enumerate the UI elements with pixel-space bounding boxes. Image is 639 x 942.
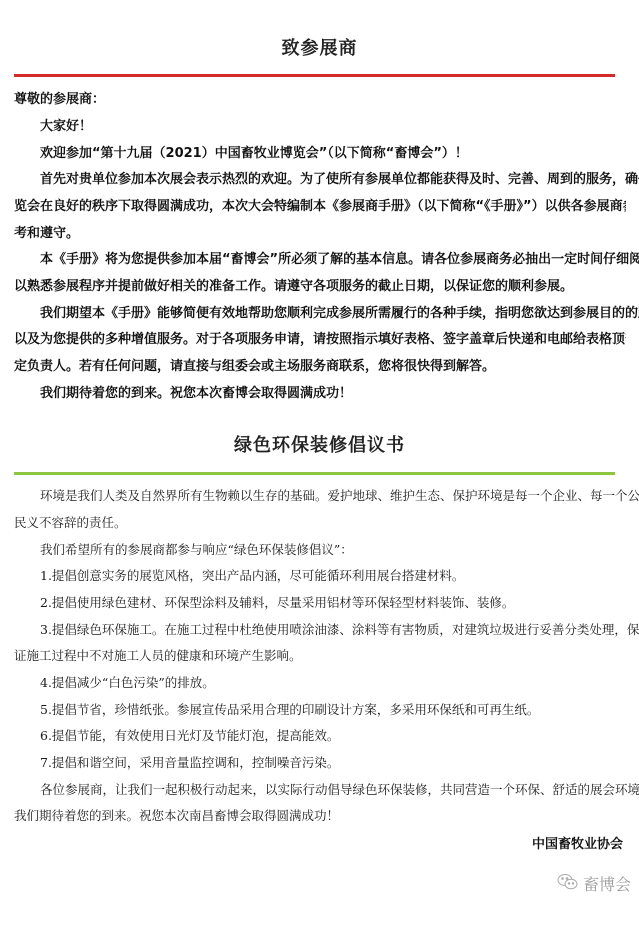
list-item: 5.提倡节省，珍惜纸张。参展宣传品采用合理的印刷设计方案，多采用环保纸和可再生纸… [14, 701, 639, 719]
paragraph-line: 我们期待着您的到来。祝您本次畜博会取得圆满成功！ [14, 385, 639, 403]
section2-title: 绿色环保装修倡议书 [0, 435, 639, 457]
paragraph-line: 我们希望所有的参展商都参与响应“绿色环保装修倡议”： [14, 541, 639, 559]
list-item: 4.提倡减少“白色污染”的排放。 [14, 674, 639, 692]
greeting: 尊敬的参展商： [14, 91, 626, 109]
wechat-watermark: 畜博会 [557, 872, 631, 895]
signature: 中国畜牧业协会 [532, 836, 623, 854]
paragraph-line: 本《手册》将为您提供参加本届“畜博会”所必须了解的基本信息。请各位参展商务必抽出… [14, 251, 639, 269]
list-item: 1.提倡创意实务的展览风格，突出产品内涵，尽可能循环利用展台搭建材料。 [14, 567, 639, 585]
wechat-icon [557, 873, 579, 895]
paragraph-line: 定负责人。若有任何问题，请直接与组委会或主场服务商联系，您将很快得到解答。 [14, 358, 626, 376]
paragraph-line: 我们期望本《手册》能够简便有效地帮助您顺利完成参展所需履行的各种手续，指明您欲达… [14, 305, 639, 323]
paragraph-line: 考和遵守。 [14, 225, 626, 243]
watermark-text: 畜博会 [583, 872, 631, 895]
paragraph-line: 民义不容辞的责任。 [14, 514, 626, 532]
paragraph-line: 首先对贵单位参加本次展会表示热烈的欢迎。为了使所有参展单位都能获得及时、完善、周… [14, 171, 639, 189]
paragraph-line: 以熟悉参展程序并提前做好相关的准备工作。请遵守各项服务的截止日期，以保证您的顺利… [14, 278, 626, 296]
paragraph-line: 欢迎参加“第十九届（2021）中国畜牧业博览会”（以下简称“畜博会”）！ [14, 145, 639, 163]
green-divider [14, 472, 615, 475]
paragraph-line: 我们期待着您的到来。祝您本次南昌畜博会取得圆满成功！ [14, 807, 626, 825]
list-item: 6.提倡节能，有效使用日光灯及节能灯泡，提高能效。 [14, 727, 639, 745]
paragraph-line: 各位参展商，让我们一起积极行动起来，以实际行动倡导绿色环保装修，共同营造一个环保… [14, 781, 639, 799]
list-item-continued: 证施工过程中不对施工人员的健康和环境产生影响。 [14, 647, 626, 665]
paragraph-line: 以及为您提供的多种增值服务。对于各项服务申请，请按照指示填好表格、签字盖章后快递… [14, 331, 626, 349]
list-item: 7.提倡和谐空间，采用音量监控调和，控制噪音污染。 [14, 754, 639, 772]
list-item: 3.提倡绿色环保施工。在施工过程中杜绝使用喷涂油漆、涂料等有害物质，对建筑垃圾进… [14, 621, 639, 639]
red-divider [14, 74, 615, 77]
hello-line: 大家好！ [14, 118, 639, 136]
list-item: 2.提倡使用绿色建材、环保型涂料及辅料，尽量采用铝材等环保轻型材料装饰、装修。 [14, 594, 639, 612]
paragraph-line: 览会在良好的秩序下取得圆满成功，本次大会特编制本《参展商手册》（以下简称“《手册… [14, 198, 626, 216]
section1-title: 致参展商 [0, 38, 639, 60]
paragraph-line: 环境是我们人类及自然界所有生物赖以生存的基础。爱护地球、维护生态、保护环境是每一… [14, 487, 639, 505]
